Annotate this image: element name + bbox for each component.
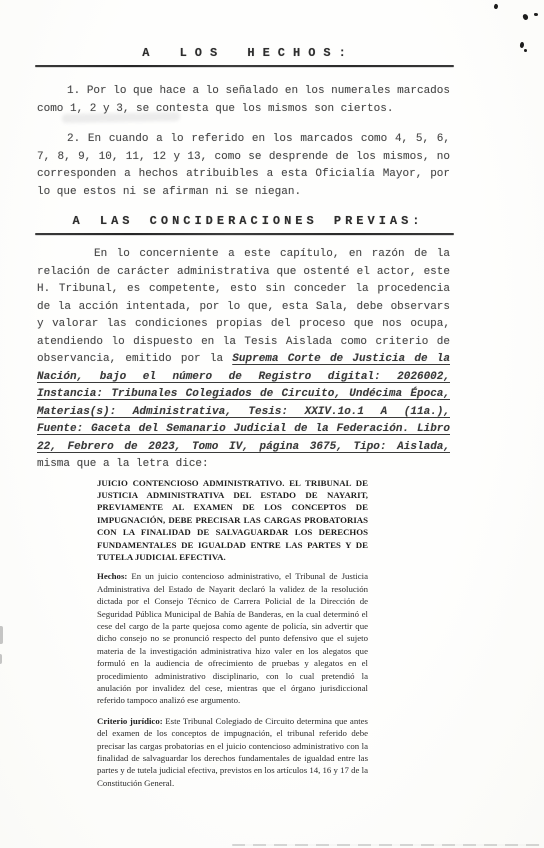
ink-speck — [534, 13, 538, 16]
tesis-criterio-label: Criterio jurídico: — [97, 716, 163, 726]
tesis-hechos-label: Hechos: — [97, 571, 127, 581]
tesis-block: JUICIO CONTENCIOSO ADMINISTRATIVO. EL TR… — [97, 477, 368, 790]
scan-streak-bottom — [232, 844, 540, 846]
tesis-hechos-text: En un juicio contencioso administrativo,… — [97, 571, 368, 705]
hechos-heading-rule — [35, 65, 454, 67]
consideraciones-lead-text: En lo concerniente a este capítulo, en r… — [37, 248, 450, 365]
citation-emphasis: Suprema Corte de Justicia de la Nación, … — [37, 353, 450, 453]
tesis-hechos-paragraph: Hechos: En un juicio contencioso adminis… — [97, 570, 368, 706]
consideraciones-heading: A LAS CONCIDERACIONES PREVIAS: — [0, 214, 544, 229]
tesis-criterio-text: Este Tribunal Colegiado de Circuito dete… — [97, 716, 368, 788]
tesis-criterio-paragraph: Criterio jurídico: Este Tribunal Colegia… — [97, 715, 368, 789]
hechos-paragraph-2: 2. En cuando a lo referido en los marcad… — [0, 131, 544, 201]
hechos-heading: A LOS HECHOS: — [0, 0, 544, 61]
consideraciones-tail-text: misma que a la letra dice: — [37, 458, 209, 470]
ink-speck — [524, 49, 527, 52]
document-page: A LOS HECHOS: 1. Por lo que hace a lo se… — [0, 0, 544, 848]
scan-edge-mark — [0, 626, 3, 644]
tesis-title: JUICIO CONTENCIOSO ADMINISTRATIVO. EL TR… — [97, 477, 368, 564]
consideraciones-paragraph: En lo concerniente a este capítulo, en r… — [0, 246, 544, 474]
scan-smudge — [62, 112, 180, 123]
scan-edge-mark — [0, 654, 2, 664]
consideraciones-heading-rule — [35, 233, 454, 235]
